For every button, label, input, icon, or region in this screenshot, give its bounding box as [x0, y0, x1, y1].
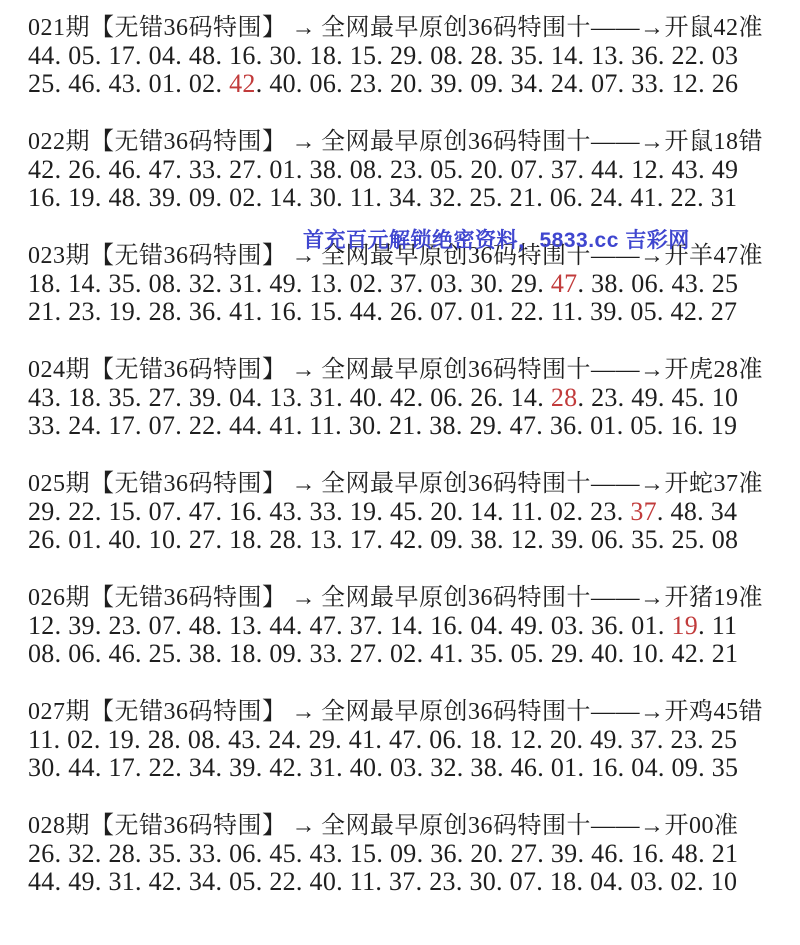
number-line-1: 11. 02. 19. 28. 08. 43. 24. 29. 41. 47. … [28, 726, 800, 754]
number: 49 [590, 725, 617, 754]
number: 28 [470, 41, 497, 70]
result-label: 开鼠42准 [665, 15, 764, 41]
number: 24 [68, 411, 95, 440]
number: 22 [672, 41, 699, 70]
number: 45 [390, 497, 417, 526]
dash-arrow-icon: ——→ [591, 357, 665, 383]
number-line-2: 21. 23. 19. 28. 36. 41. 16. 15. 44. 26. … [28, 298, 800, 326]
number: 27 [711, 297, 738, 326]
number: 43 [28, 383, 55, 412]
number: 08 [28, 639, 55, 668]
number-line-1: 26. 32. 28. 35. 33. 06. 45. 43. 15. 09. … [28, 840, 800, 868]
number: 11 [350, 867, 376, 896]
number: 25 [28, 69, 55, 98]
bracket-title: 【无错36码特围】 [90, 243, 287, 269]
number: 02 [67, 725, 94, 754]
dash-arrow-icon: ——→ [591, 813, 665, 839]
number-line-1: 43. 18. 35. 27. 39. 04. 13. 31. 40. 42. … [28, 384, 800, 412]
number: 04 [631, 753, 658, 782]
number-line-1: 29. 22. 15. 07. 47. 16. 43. 33. 19. 45. … [28, 498, 800, 526]
number: 44 [28, 867, 55, 896]
number: 26 [470, 383, 497, 412]
number: 20 [470, 839, 497, 868]
number: 40 [269, 69, 296, 98]
number: 49 [712, 155, 739, 184]
number: 04 [149, 41, 176, 70]
number: 07 [149, 497, 176, 526]
tagline: 全网最早原创36码特围十 [321, 129, 591, 155]
result-label: 开00准 [665, 813, 739, 839]
number-highlighted: 47 [551, 269, 578, 298]
number: 14 [269, 183, 296, 212]
number-highlighted: 37 [630, 497, 657, 526]
period-label: 023期 [28, 243, 90, 269]
number: 43 [310, 839, 337, 868]
number: 43 [672, 155, 699, 184]
number: 29 [309, 725, 336, 754]
period-label: 024期 [28, 357, 90, 383]
number: 23 [590, 497, 617, 526]
number: 41 [430, 639, 457, 668]
number: 38 [470, 753, 497, 782]
number: 31 [310, 753, 337, 782]
number: 03 [630, 867, 657, 896]
number: 42 [149, 867, 176, 896]
section: 025期【无错36码特围】→全网最早原创36码特围十——→开蛇37准 29. 2… [28, 470, 800, 554]
number: 15 [310, 297, 337, 326]
number: 06 [550, 183, 577, 212]
number: 39 [229, 753, 256, 782]
number: 05 [630, 297, 657, 326]
result-label: 开鼠18错 [665, 129, 764, 155]
number: 42 [269, 753, 296, 782]
number: 36 [430, 839, 457, 868]
number: 11 [310, 411, 336, 440]
number: 26 [390, 297, 417, 326]
number: 21 [712, 839, 739, 868]
number: 37 [389, 867, 416, 896]
section-header: 028期【无错36码特围】→全网最早原创36码特围十——→开00准 [28, 812, 800, 840]
section: 022期【无错36码特围】→全网最早原创36码特围十——→开鼠18错 42. 2… [28, 128, 800, 212]
number: 27 [350, 639, 377, 668]
number: 01 [590, 411, 617, 440]
arrow-icon: → [287, 699, 322, 725]
number: 22 [149, 753, 176, 782]
number: 46 [68, 69, 95, 98]
tagline: 全网最早原创36码特围十 [321, 585, 591, 611]
number: 40 [350, 383, 377, 412]
number: 18 [469, 725, 496, 754]
number-line-1: 42. 26. 46. 47. 33. 27. 01. 38. 08. 23. … [28, 156, 800, 184]
number: 46 [108, 639, 135, 668]
number: 17 [108, 411, 135, 440]
number: 03 [551, 611, 578, 640]
bracket-title: 【无错36码特围】 [90, 357, 287, 383]
number: 14 [470, 497, 497, 526]
number: 11 [511, 497, 537, 526]
number: 43 [672, 269, 699, 298]
arrow-icon: → [287, 129, 322, 155]
number: 34 [389, 183, 416, 212]
number: 38 [310, 155, 337, 184]
number: 01 [470, 297, 497, 326]
number: 11 [712, 611, 738, 640]
number: 23 [68, 297, 95, 326]
period-label: 026期 [28, 585, 90, 611]
number: 41 [630, 183, 657, 212]
number: 44 [28, 41, 55, 70]
number: 47 [149, 155, 176, 184]
number-line-1: 44. 05. 17. 04. 48. 16. 30. 18. 15. 29. … [28, 42, 800, 70]
period-label: 021期 [28, 15, 90, 41]
section: 027期【无错36码特围】→全网最早原创36码特围十——→开鸡45错 11. 0… [28, 698, 800, 782]
number: 10 [149, 525, 176, 554]
section: 028期【无错36码特围】→全网最早原创36码特围十——→开00准 26. 32… [28, 812, 800, 896]
number: 16 [671, 411, 698, 440]
tagline: 全网最早原创36码特围十 [321, 471, 591, 497]
section-header: 026期【无错36码特围】→全网最早原创36码特围十——→开猪19准 [28, 584, 800, 612]
arrow-icon: → [287, 813, 322, 839]
number: 33 [310, 497, 337, 526]
bracket-title: 【无错36码特围】 [90, 15, 287, 41]
number: 32 [429, 183, 456, 212]
result-label: 开蛇37准 [665, 471, 764, 497]
dash-arrow-icon: ——→ [591, 15, 665, 41]
number: 04 [470, 611, 497, 640]
number: 21 [389, 411, 416, 440]
number: 49 [269, 269, 296, 298]
number: 47 [310, 611, 337, 640]
number: 45 [672, 383, 699, 412]
number: 06 [429, 725, 456, 754]
number: 14 [390, 611, 417, 640]
number: 34 [189, 753, 216, 782]
number: 27 [189, 525, 216, 554]
number: 16 [269, 297, 296, 326]
number: 26 [28, 839, 55, 868]
number-line-1: 18. 14. 35. 08. 32. 31. 49. 13. 02. 37. … [28, 270, 800, 298]
number: 25 [672, 525, 699, 554]
number: 39 [149, 183, 176, 212]
dash-arrow-icon: ——→ [591, 471, 665, 497]
number: 10 [712, 383, 739, 412]
number: 47 [510, 411, 537, 440]
number: 38 [189, 639, 216, 668]
number: 19 [350, 497, 377, 526]
tagline: 全网最早原创36码特围十 [321, 813, 591, 839]
number: 40 [350, 753, 377, 782]
bracket-title: 【无错36码特围】 [90, 585, 287, 611]
number: 12 [28, 611, 55, 640]
number: 46 [511, 753, 538, 782]
number: 43 [108, 69, 135, 98]
result-label: 开猪19准 [665, 585, 764, 611]
number: 33 [189, 155, 216, 184]
number: 38 [591, 269, 618, 298]
number-line-2: 08. 06. 46. 25. 38. 18. 09. 33. 27. 02. … [28, 640, 800, 668]
number: 22 [68, 497, 95, 526]
number-line-2: 30. 44. 17. 22. 34. 39. 42. 31. 40. 03. … [28, 754, 800, 782]
number: 16 [591, 753, 618, 782]
number: 09 [269, 639, 296, 668]
page: 首充百元解锁绝密资料，5833.cc 吉彩网 021期【无错36码特围】→全网最… [0, 0, 800, 945]
arrow-icon: → [287, 471, 322, 497]
number: 26 [712, 69, 739, 98]
number: 46 [591, 839, 618, 868]
period-label: 027期 [28, 699, 90, 725]
number: 29 [469, 411, 496, 440]
number: 31 [108, 867, 135, 896]
number-highlighted: 19 [672, 611, 699, 640]
number: 33 [28, 411, 55, 440]
number: 24 [590, 183, 617, 212]
number: 02 [550, 497, 577, 526]
number: 31 [310, 383, 337, 412]
period-label: 028期 [28, 813, 90, 839]
number: 25 [469, 183, 496, 212]
section: 024期【无错36码特围】→全网最早原创36码特围十——→开虎28准 43. 1… [28, 356, 800, 440]
number: 14 [551, 41, 578, 70]
number: 43 [269, 497, 296, 526]
number: 17 [350, 525, 377, 554]
number: 35 [712, 753, 739, 782]
number: 24 [268, 725, 295, 754]
number: 35 [470, 639, 497, 668]
number: 17 [108, 41, 135, 70]
number: 12 [510, 725, 537, 754]
number: 07 [591, 69, 618, 98]
arrow-icon: → [287, 15, 322, 41]
arrow-icon: → [287, 585, 322, 611]
number: 35 [149, 839, 176, 868]
number: 29 [390, 41, 417, 70]
number: 37 [551, 155, 578, 184]
number: 04 [590, 867, 617, 896]
number: 47 [389, 725, 416, 754]
number: 16 [28, 183, 55, 212]
number: 13 [310, 269, 337, 298]
number: 36 [189, 297, 216, 326]
number: 40 [310, 867, 337, 896]
number: 32 [189, 269, 216, 298]
number: 09 [390, 839, 417, 868]
number: 25 [711, 725, 738, 754]
number: 35 [108, 269, 135, 298]
tagline: 全网最早原创36码特围十 [321, 357, 591, 383]
number: 16 [631, 839, 658, 868]
number-line-2: 16. 19. 48. 39. 09. 02. 14. 30. 11. 34. … [28, 184, 800, 212]
number: 44 [269, 611, 296, 640]
number: 08 [149, 269, 176, 298]
number: 48 [672, 839, 699, 868]
number: 39 [430, 69, 457, 98]
number: 20 [390, 69, 417, 98]
number: 08 [188, 725, 215, 754]
number: 05 [511, 639, 538, 668]
number: 05 [430, 155, 457, 184]
number: 37 [630, 725, 657, 754]
number: 33 [310, 639, 337, 668]
number: 13 [310, 525, 337, 554]
number: 09 [189, 183, 216, 212]
number: 16 [430, 611, 457, 640]
number: 06 [430, 383, 457, 412]
number: 23 [591, 383, 618, 412]
number: 06 [631, 269, 658, 298]
number: 15 [350, 41, 377, 70]
number-line-1: 12. 39. 23. 07. 48. 13. 44. 47. 37. 14. … [28, 612, 800, 640]
number: 42 [28, 155, 55, 184]
number: 25 [712, 269, 739, 298]
number: 07 [430, 297, 457, 326]
number: 44 [68, 753, 95, 782]
number: 42 [672, 639, 699, 668]
number: 32 [68, 839, 95, 868]
number: 09 [672, 753, 699, 782]
number: 22 [671, 183, 698, 212]
number: 03 [390, 753, 417, 782]
number: 48 [189, 41, 216, 70]
number: 07 [511, 155, 538, 184]
number: 26 [68, 155, 95, 184]
number: 09 [430, 525, 457, 554]
number: 36 [591, 611, 618, 640]
number: 39 [590, 297, 617, 326]
number: 42 [671, 297, 698, 326]
number: 33 [631, 69, 658, 98]
number-highlighted: 28 [551, 383, 578, 412]
number: 45 [269, 839, 296, 868]
number: 44 [350, 297, 377, 326]
number: 31 [711, 183, 738, 212]
number: 18 [68, 383, 95, 412]
number: 07 [149, 411, 176, 440]
number: 23 [350, 69, 377, 98]
number: 34 [711, 497, 738, 526]
number: 30 [310, 183, 337, 212]
number: 25 [149, 639, 176, 668]
number: 08 [350, 155, 377, 184]
number: 22 [269, 867, 296, 896]
number: 12 [672, 69, 699, 98]
number: 30 [349, 411, 376, 440]
number: 41 [269, 411, 296, 440]
number: 11 [551, 297, 577, 326]
number: 44 [591, 155, 618, 184]
tagline: 全网最早原创36码特围十 [321, 699, 591, 725]
number: 02 [229, 183, 256, 212]
number: 30 [469, 867, 496, 896]
bracket-title: 【无错36码特围】 [90, 129, 287, 155]
number: 48 [671, 497, 698, 526]
number: 41 [349, 725, 376, 754]
number: 14 [68, 269, 95, 298]
number: 47 [189, 497, 216, 526]
bracket-title: 【无错36码特围】 [90, 471, 287, 497]
number: 20 [430, 497, 457, 526]
number-highlighted: 42 [229, 69, 256, 98]
number: 18 [28, 269, 55, 298]
number: 48 [108, 183, 135, 212]
number-line-2: 44. 49. 31. 42. 34. 05. 22. 40. 11. 37. … [28, 868, 800, 896]
number: 02 [189, 69, 216, 98]
number: 08 [430, 41, 457, 70]
section-header: 027期【无错36码特围】→全网最早原创36码特围十——→开鸡45错 [28, 698, 800, 726]
number: 01 [631, 611, 658, 640]
number: 30 [470, 269, 497, 298]
watermark: 首充百元解锁绝密资料，5833.cc 吉彩网 [303, 228, 690, 253]
number: 28 [108, 839, 135, 868]
number: 20 [470, 155, 497, 184]
number: 34 [189, 867, 216, 896]
number: 08 [712, 525, 739, 554]
number: 20 [550, 725, 577, 754]
number: 01 [551, 753, 578, 782]
number: 37 [390, 269, 417, 298]
number: 04 [229, 383, 256, 412]
number: 46 [108, 155, 135, 184]
number: 36 [550, 411, 577, 440]
number: 23 [390, 155, 417, 184]
number: 10 [711, 867, 738, 896]
number: 28 [148, 725, 175, 754]
dash-arrow-icon: ——→ [591, 699, 665, 725]
number: 01 [68, 525, 95, 554]
number: 35 [108, 383, 135, 412]
number: 39 [189, 383, 216, 412]
section-header: 021期【无错36码特围】→全网最早原创36码特围十——→开鼠42准 [28, 14, 800, 42]
number: 06 [310, 69, 337, 98]
number: 28 [269, 525, 296, 554]
number: 06 [591, 525, 618, 554]
result-label: 开虎28准 [665, 357, 764, 383]
number: 31 [229, 269, 256, 298]
number: 21 [28, 297, 55, 326]
number: 28 [149, 297, 176, 326]
section-header: 022期【无错36码特围】→全网最早原创36码特围十——→开鼠18错 [28, 128, 800, 156]
number: 01 [149, 69, 176, 98]
number: 37 [350, 611, 377, 640]
number: 13 [229, 611, 256, 640]
number: 23 [429, 867, 456, 896]
number: 27 [511, 839, 538, 868]
number: 03 [712, 41, 739, 70]
number: 07 [510, 867, 537, 896]
number: 23 [108, 611, 135, 640]
period-label: 022期 [28, 129, 90, 155]
section: 026期【无错36码特围】→全网最早原创36码特围十——→开猪19准 12. 3… [28, 584, 800, 668]
number: 30 [28, 753, 55, 782]
number: 18 [310, 41, 337, 70]
number: 27 [229, 155, 256, 184]
number: 06 [68, 639, 95, 668]
number: 16 [229, 497, 256, 526]
number: 35 [631, 525, 658, 554]
dash-arrow-icon: ——→ [591, 585, 665, 611]
number: 07 [149, 611, 176, 640]
number: 22 [189, 411, 216, 440]
number: 12 [631, 155, 658, 184]
number: 42 [390, 525, 417, 554]
number: 03 [430, 269, 457, 298]
number: 21 [712, 639, 739, 668]
number: 26 [28, 525, 55, 554]
number: 29 [511, 269, 538, 298]
dash-arrow-icon: ——→ [591, 129, 665, 155]
section: 023期【无错36码特围】→全网最早原创36码特围十——→开羊47准 18. 1… [28, 242, 800, 326]
number: 36 [631, 41, 658, 70]
number: 15 [108, 497, 135, 526]
